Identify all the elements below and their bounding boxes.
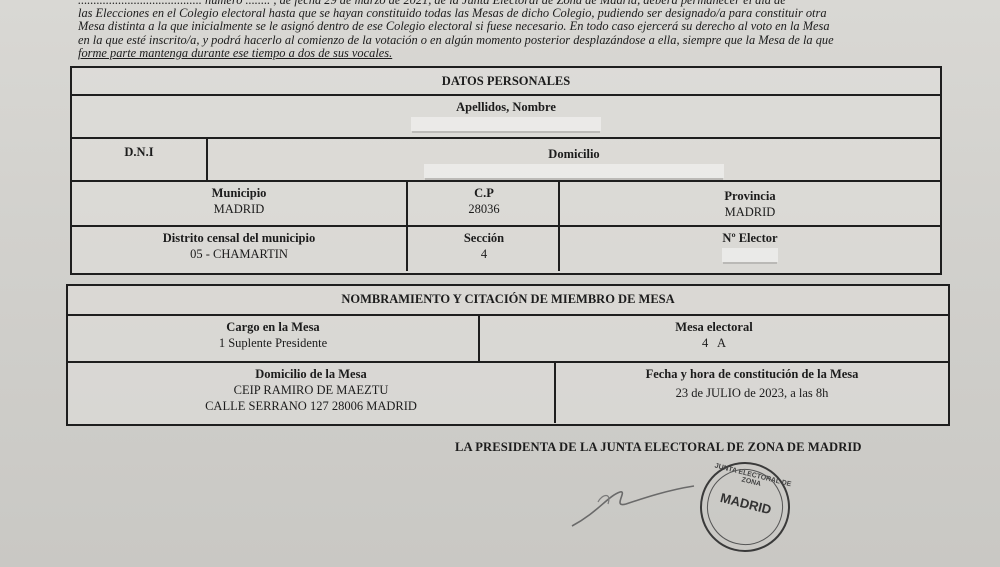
municipio-label: Municipio bbox=[72, 186, 406, 201]
stamp-center-text: MADRID bbox=[702, 486, 789, 521]
distrito-row: Distrito censal del municipio 05 - CHAMA… bbox=[72, 225, 940, 271]
nombramiento-title: NOMBRAMIENTO Y CITACIÓN DE MIEMBRO DE ME… bbox=[68, 292, 948, 307]
apellidos-nombre-redacted bbox=[411, 117, 601, 131]
official-stamp-icon: JUNTA ELECTORAL DE ZONA MADRID bbox=[690, 452, 799, 561]
domicilio-redacted bbox=[424, 164, 724, 178]
domicilio-mesa-line2: CALLE SERRANO 127 28006 MADRID bbox=[68, 399, 554, 414]
dni-domicilio-row: D.N.I Domicilio bbox=[72, 137, 940, 181]
fecha-value: 23 de JULIO de 2023, a las 8h bbox=[556, 386, 948, 401]
intro-line: Mesa distinta a la que inicialmente se l… bbox=[78, 20, 958, 33]
municipio-row: Municipio MADRID C.P 28036 Provincia MAD… bbox=[72, 180, 940, 226]
nombramiento-table: NOMBRAMIENTO Y CITACIÓN DE MIEMBRO DE ME… bbox=[66, 284, 950, 426]
distrito-label: Distrito censal del municipio bbox=[72, 231, 406, 246]
domicilio-mesa-row: Domicilio de la Mesa CEIP RAMIRO DE MAEZ… bbox=[68, 361, 948, 423]
nombramiento-header: NOMBRAMIENTO Y CITACIÓN DE MIEMBRO DE ME… bbox=[68, 286, 948, 314]
provincia-value: MADRID bbox=[560, 205, 940, 220]
apellidos-row: Apellidos, Nombre bbox=[72, 94, 940, 138]
datos-personales-title: DATOS PERSONALES bbox=[72, 74, 940, 89]
cp-label: C.P bbox=[408, 186, 560, 201]
stamp-ring-text: JUNTA ELECTORAL DE ZONA bbox=[709, 462, 796, 496]
seccion-value: 4 bbox=[408, 247, 560, 262]
domicilio-mesa-line1: CEIP RAMIRO DE MAEZTU bbox=[68, 383, 554, 398]
domicilio-label: Domicilio bbox=[208, 147, 940, 162]
intro-line: forme parte mantenga durante ese tiempo … bbox=[78, 47, 958, 60]
cp-value: 28036 bbox=[408, 202, 560, 217]
cargo-value: 1 Suplente Presidente bbox=[68, 336, 478, 351]
datos-personales-table: DATOS PERSONALES Apellidos, Nombre D.N.I… bbox=[70, 66, 942, 275]
fecha-label: Fecha y hora de constitución de la Mesa bbox=[556, 367, 948, 382]
apellidos-nombre-label: Apellidos, Nombre bbox=[72, 100, 940, 115]
intro-line: ........................................… bbox=[78, 0, 958, 7]
provincia-label: Provincia bbox=[560, 189, 940, 204]
mesa-electoral-label: Mesa electoral bbox=[480, 320, 948, 335]
elector-redacted bbox=[722, 248, 778, 262]
elector-label: Nº Elector bbox=[560, 231, 940, 246]
mesa-electoral-value: 4 A bbox=[480, 336, 948, 351]
signature-icon bbox=[568, 482, 698, 532]
domicilio-mesa-label: Domicilio de la Mesa bbox=[68, 367, 554, 382]
datos-personales-header: DATOS PERSONALES bbox=[72, 68, 940, 94]
intro-line: las Elecciones en el Colegio electoral h… bbox=[78, 7, 958, 20]
cargo-label: Cargo en la Mesa bbox=[68, 320, 478, 335]
signatory-title: LA PRESIDENTA DE LA JUNTA ELECTORAL DE Z… bbox=[455, 440, 862, 455]
intro-line: en la que esté inscrito/a, y podrá hacer… bbox=[78, 34, 958, 47]
dni-label: D.N.I bbox=[72, 145, 206, 160]
cargo-row: Cargo en la Mesa 1 Suplente Presidente M… bbox=[68, 314, 948, 362]
municipio-value: MADRID bbox=[72, 202, 406, 217]
distrito-value: 05 - CHAMARTIN bbox=[72, 247, 406, 262]
intro-paragraph: ........................................… bbox=[78, 0, 958, 60]
seccion-label: Sección bbox=[408, 231, 560, 246]
